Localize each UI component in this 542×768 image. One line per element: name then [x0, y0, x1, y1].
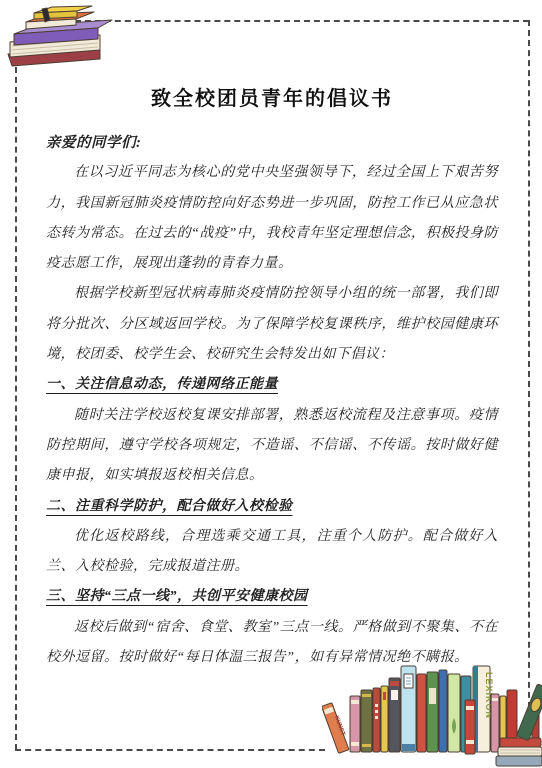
book-olive [361, 690, 372, 752]
section-heading-3: 三、坚持“三点一线”，共创平安健康校园 [46, 582, 498, 612]
book-leaning-orange: KUNST [322, 702, 351, 753]
book-yellow [34, 11, 77, 19]
frame-top-edge [75, 20, 529, 22]
bookshelf-illustration: KUNST LEXIKON [322, 648, 542, 768]
section-heading-1: 一、关注信息动态，传递网络正能量 [46, 370, 498, 400]
book-pink-thin [491, 694, 499, 752]
book-dark-gray [389, 678, 400, 752]
frame-bottom-edge [15, 749, 325, 751]
document-body: 致全校团员青年的倡议书 亲爱的同学们: 在以习近平同志为核心的党中央坚强领导下，… [46, 84, 498, 673]
document-page: 致全校团员青年的倡议书 亲爱的同学们: 在以习近平同志为核心的党中央坚强领导下，… [0, 0, 542, 768]
paragraph-intro: 在以习近平同志为核心的党中央坚强领导下，经过全国上下艰苦努力，我国新冠肺炎疫情防… [46, 158, 498, 279]
book-stack-right [496, 738, 542, 766]
book-stack-illustration [2, 2, 116, 76]
book-red [417, 674, 426, 752]
paragraph-purpose: 根据学校新型冠状病毒肺炎疫情防控领导小组的统一部署，我们即将分批次、分区域返回学… [46, 279, 498, 370]
paragraph-section-2: 优化返校路线，合理选乘交通工具，注重个人防护。配合做好入兰、入校检验，完成报道注… [46, 522, 498, 583]
paragraph-section-1: 随时关注学校返校复课安排部署，熟悉返校流程及注意事项。疫情防控期间，遵守学校各项… [46, 401, 498, 492]
book-green [427, 672, 438, 752]
book-blue [439, 670, 447, 752]
book-red-thin [373, 688, 380, 752]
frame-right-edge [528, 20, 530, 728]
book-pale-green [448, 674, 460, 752]
page-title: 致全校团员青年的倡议书 [46, 84, 498, 114]
salutation: 亲爱的同学们: [46, 128, 498, 158]
frame-left-edge [15, 57, 17, 750]
section-heading-2: 二、注重科学防护，配合做好入校检验 [46, 492, 498, 522]
